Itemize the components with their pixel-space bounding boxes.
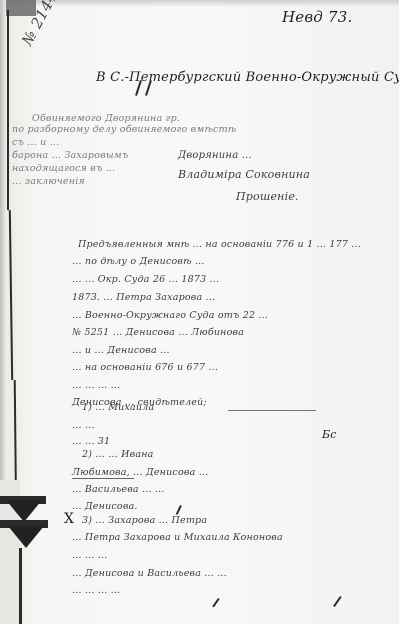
sender-line: по разборному делу обвиняемого вмѣстѣ — [12, 124, 236, 135]
body-line: ... Военно-Окружнаго Суда отъ 22 ... — [72, 310, 268, 321]
item-2-line: Любимова, ... Денисова ... — [72, 467, 208, 478]
sender-line: ... заключенія — [12, 176, 85, 187]
archive-number-annotation: Невд 73. — [282, 8, 352, 26]
pen-stroke — [333, 596, 341, 607]
binding-line — [19, 548, 22, 624]
item-3-line: ... Денисова и Васильева ... ... — [72, 568, 227, 579]
item-1-line: ... ... — [72, 420, 95, 431]
item-3-line: 3) ... Захарова ... Петра — [82, 515, 207, 526]
body-line: ... ... ... ... — [72, 380, 120, 391]
body-line: 1873. ... Петра Захарова ... — [72, 292, 215, 303]
binding-clip — [6, 500, 42, 522]
item-3-line: ... ... ... — [72, 550, 107, 561]
sender-line: находящагося въ ... — [12, 163, 115, 174]
item-1-line: ... ... 31 — [72, 436, 110, 447]
underline-mark — [228, 410, 316, 411]
binding-line — [7, 10, 9, 210]
binding-line — [9, 210, 13, 380]
sender-line: съ ... и ... — [12, 137, 59, 148]
margin-mark: Бс — [322, 428, 337, 441]
pen-stroke — [176, 505, 182, 515]
sender-line: Обвиняемого Дворянина гр. — [32, 113, 180, 124]
item-2-line: ... Васильева ... ... — [72, 484, 165, 495]
body-line: № 5251 ... Денисова ... Любинова — [72, 327, 244, 338]
document-title: Прошеніе. — [236, 190, 299, 203]
item-2-line: ... Денисова. — [72, 501, 138, 512]
underline-mark — [72, 478, 134, 479]
sender-name-line: Владиміра Соковнина — [178, 168, 310, 181]
addressee: В С.-Петербургский Военно-Окружный Суд — [96, 70, 399, 85]
sender-name-line: Дворянина ... — [178, 150, 252, 161]
item-1-line: 1) ... Михаила — [82, 402, 154, 413]
body-line: ... ... Окр. Суда 26 ... 1873 ... — [72, 274, 219, 285]
binding-clip — [8, 526, 44, 548]
item-3-line: ... ... ... ... — [72, 585, 120, 596]
item-3-line: ... Петра Захарова и Михаила Кононова — [72, 532, 283, 543]
margin-mark: Х — [64, 511, 74, 527]
page-top-edge — [0, 0, 399, 6]
item-2-line: 2) ... ... Ивана — [82, 449, 154, 460]
pen-stroke — [212, 598, 219, 607]
body-line: Предъявленныя мнѣ ... на основаніи 776 и… — [78, 239, 361, 250]
document-page: Невд 73. № 2144 В С.-Петербургский Военн… — [0, 0, 399, 624]
body-line: ... и ... Денисова ... — [72, 345, 170, 356]
sender-line: барона ... Захаровымъ — [12, 150, 128, 161]
body-line: ... по дѣлу о Денисовѣ ... — [72, 256, 205, 267]
body-line: ... на основаніи 676 и 677 ... — [72, 362, 218, 373]
